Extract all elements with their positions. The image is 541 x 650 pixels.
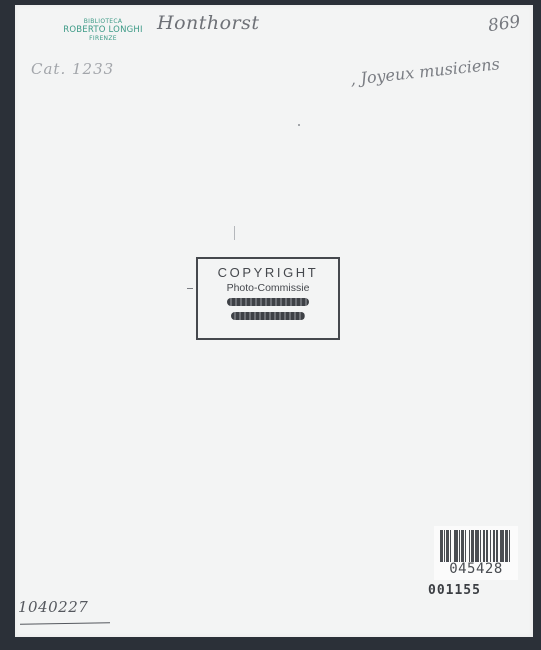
copyright-stamp: COPYRIGHT Photo-Commissie <box>196 257 340 340</box>
redacted-line <box>231 312 305 320</box>
handwritten-artist: Honthorst <box>157 12 260 34</box>
redacted-line <box>227 298 309 306</box>
library-stamp: BIBLIOTECA ROBERTO LONGHI FIRENZE <box>48 19 158 43</box>
library-stamp-line3: FIRENZE <box>48 36 158 43</box>
copyright-subtitle: Photo-Commissie <box>198 282 338 294</box>
barcode <box>440 530 512 562</box>
pencil-tick <box>187 288 193 289</box>
barcode-label: 045428 <box>434 526 518 580</box>
pencil-mark <box>234 226 235 240</box>
copyright-title: COPYRIGHT <box>198 265 338 280</box>
handwritten-inventory: 1040227 <box>18 598 88 616</box>
handwritten-catalog: Cat. 1233 <box>31 60 114 78</box>
inventory-number: 001155 <box>428 583 481 598</box>
speck-mark <box>298 124 300 126</box>
barcode-number: 045428 <box>434 561 518 577</box>
